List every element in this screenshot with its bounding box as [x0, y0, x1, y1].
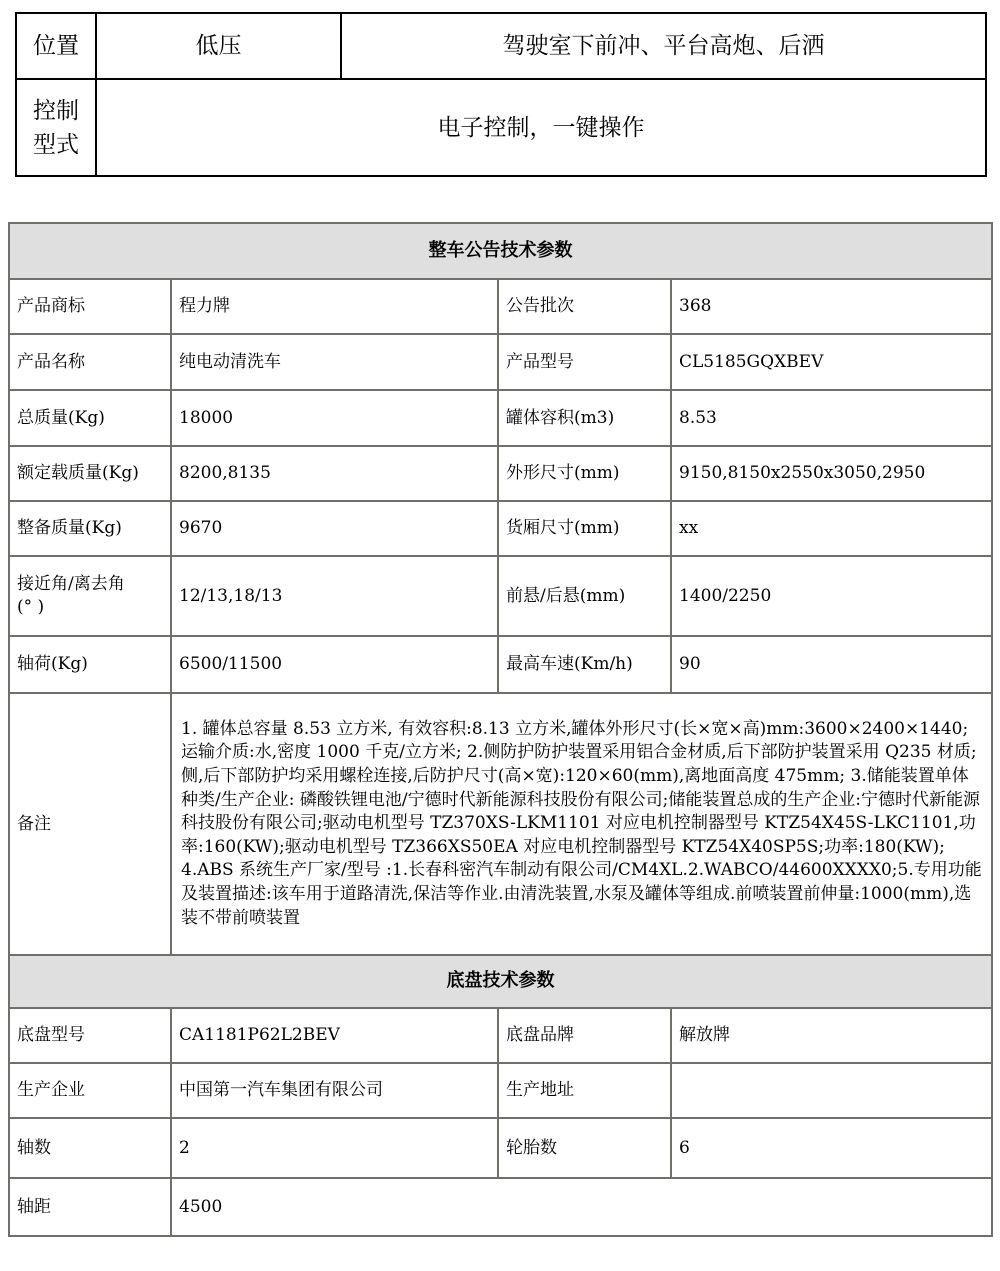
- param-value: 368: [671, 279, 992, 334]
- table-row: 总质量(Kg) 18000 罐体容积(m3) 8.53: [9, 390, 992, 446]
- param-label: 整备质量(Kg): [9, 501, 171, 556]
- param-value: 1400/2250: [671, 556, 992, 636]
- param-label: 额定载质量(Kg): [9, 446, 171, 501]
- param-label: 产品型号: [498, 334, 671, 390]
- param-label: 总质量(Kg): [9, 390, 171, 446]
- remark-label: 备注: [9, 693, 171, 955]
- param-label: 罐体容积(m3): [498, 390, 671, 446]
- remark-text: 1. 罐体总容量 8.53 立方米, 有效容积:8.13 立方米,罐体外形尺寸(…: [171, 693, 992, 955]
- param-label: 货厢尺寸(mm): [498, 501, 671, 556]
- position-label: 位置: [16, 13, 96, 79]
- table-row: 轴距 4500: [9, 1178, 992, 1236]
- table-row: 控制 型式 电子控制，一键操作: [16, 79, 986, 176]
- table-row: 备注 1. 罐体总容量 8.53 立方米, 有效容积:8.13 立方米,罐体外形…: [9, 693, 992, 955]
- param-label: 最高车速(Km/h): [498, 636, 671, 693]
- param-label: 外形尺寸(mm): [498, 446, 671, 501]
- param-value: CA1181P62L2BEV: [171, 1008, 498, 1063]
- param-value: 90: [671, 636, 992, 693]
- param-label: 生产企业: [9, 1063, 171, 1118]
- param-value: 12/13,18/13: [171, 556, 498, 636]
- control-type-value: 电子控制，一键操作: [96, 79, 986, 176]
- top-info-table: 位置 低压 驾驶室下前冲、平台高炮、后洒 控制 型式 电子控制，一键操作: [15, 12, 987, 177]
- param-value: 6: [671, 1118, 992, 1178]
- param-value: 9670: [171, 501, 498, 556]
- param-value: 18000: [171, 390, 498, 446]
- spec-table: 整车公告技术参数 产品商标 程力牌 公告批次 368 产品名称 纯电动清洗车 产…: [8, 222, 993, 1237]
- param-value: xx: [671, 501, 992, 556]
- table-row: 产品名称 纯电动清洗车 产品型号 CL5185GQXBEV: [9, 334, 992, 390]
- param-label: 公告批次: [498, 279, 671, 334]
- param-label: 底盘型号: [9, 1008, 171, 1063]
- section-header-chassis: 底盘技术参数: [9, 955, 992, 1008]
- param-value: 解放牌: [671, 1008, 992, 1063]
- param-label: 生产地址: [498, 1063, 671, 1118]
- table-row: 整备质量(Kg) 9670 货厢尺寸(mm) xx: [9, 501, 992, 556]
- table-row: 底盘型号 CA1181P62L2BEV 底盘品牌 解放牌: [9, 1008, 992, 1063]
- table-row: 底盘技术参数: [9, 955, 992, 1008]
- position-description-value: 驾驶室下前冲、平台高炮、后洒: [341, 13, 986, 79]
- table-row: 轴荷(Kg) 6500/11500 最高车速(Km/h) 90: [9, 636, 992, 693]
- table-row: 整车公告技术参数: [9, 223, 992, 279]
- table-row: 产品商标 程力牌 公告批次 368: [9, 279, 992, 334]
- param-label: 轴数: [9, 1118, 171, 1178]
- param-value: [671, 1063, 992, 1118]
- param-value: 6500/11500: [171, 636, 498, 693]
- section-header-announcement: 整车公告技术参数: [9, 223, 992, 279]
- param-label: 轮胎数: [498, 1118, 671, 1178]
- wheelbase-label: 轴距: [9, 1178, 171, 1236]
- param-label: 底盘品牌: [498, 1008, 671, 1063]
- param-value: 中国第一汽车集团有限公司: [171, 1063, 498, 1118]
- position-voltage-value: 低压: [96, 13, 341, 79]
- param-value: 2: [171, 1118, 498, 1178]
- param-value: 9150,8150x2550x3050,2950: [671, 446, 992, 501]
- param-label: 产品名称: [9, 334, 171, 390]
- wheelbase-value: 4500: [171, 1178, 992, 1236]
- param-value: 程力牌: [171, 279, 498, 334]
- table-row: 位置 低压 驾驶室下前冲、平台高炮、后洒: [16, 13, 986, 79]
- table-row: 轴数 2 轮胎数 6: [9, 1118, 992, 1178]
- param-value: 8.53: [671, 390, 992, 446]
- param-value: 8200,8135: [171, 446, 498, 501]
- table-row: 生产企业 中国第一汽车集团有限公司 生产地址: [9, 1063, 992, 1118]
- param-label: 前悬/后悬(mm): [498, 556, 671, 636]
- param-label: 轴荷(Kg): [9, 636, 171, 693]
- param-label: 接近角/离去角 (° ): [9, 556, 171, 636]
- param-value: 纯电动清洗车: [171, 334, 498, 390]
- table-row: 接近角/离去角 (° ) 12/13,18/13 前悬/后悬(mm) 1400/…: [9, 556, 992, 636]
- param-label: 产品商标: [9, 279, 171, 334]
- control-type-label: 控制 型式: [16, 79, 96, 176]
- param-value: CL5185GQXBEV: [671, 334, 992, 390]
- table-row: 额定载质量(Kg) 8200,8135 外形尺寸(mm) 9150,8150x2…: [9, 446, 992, 501]
